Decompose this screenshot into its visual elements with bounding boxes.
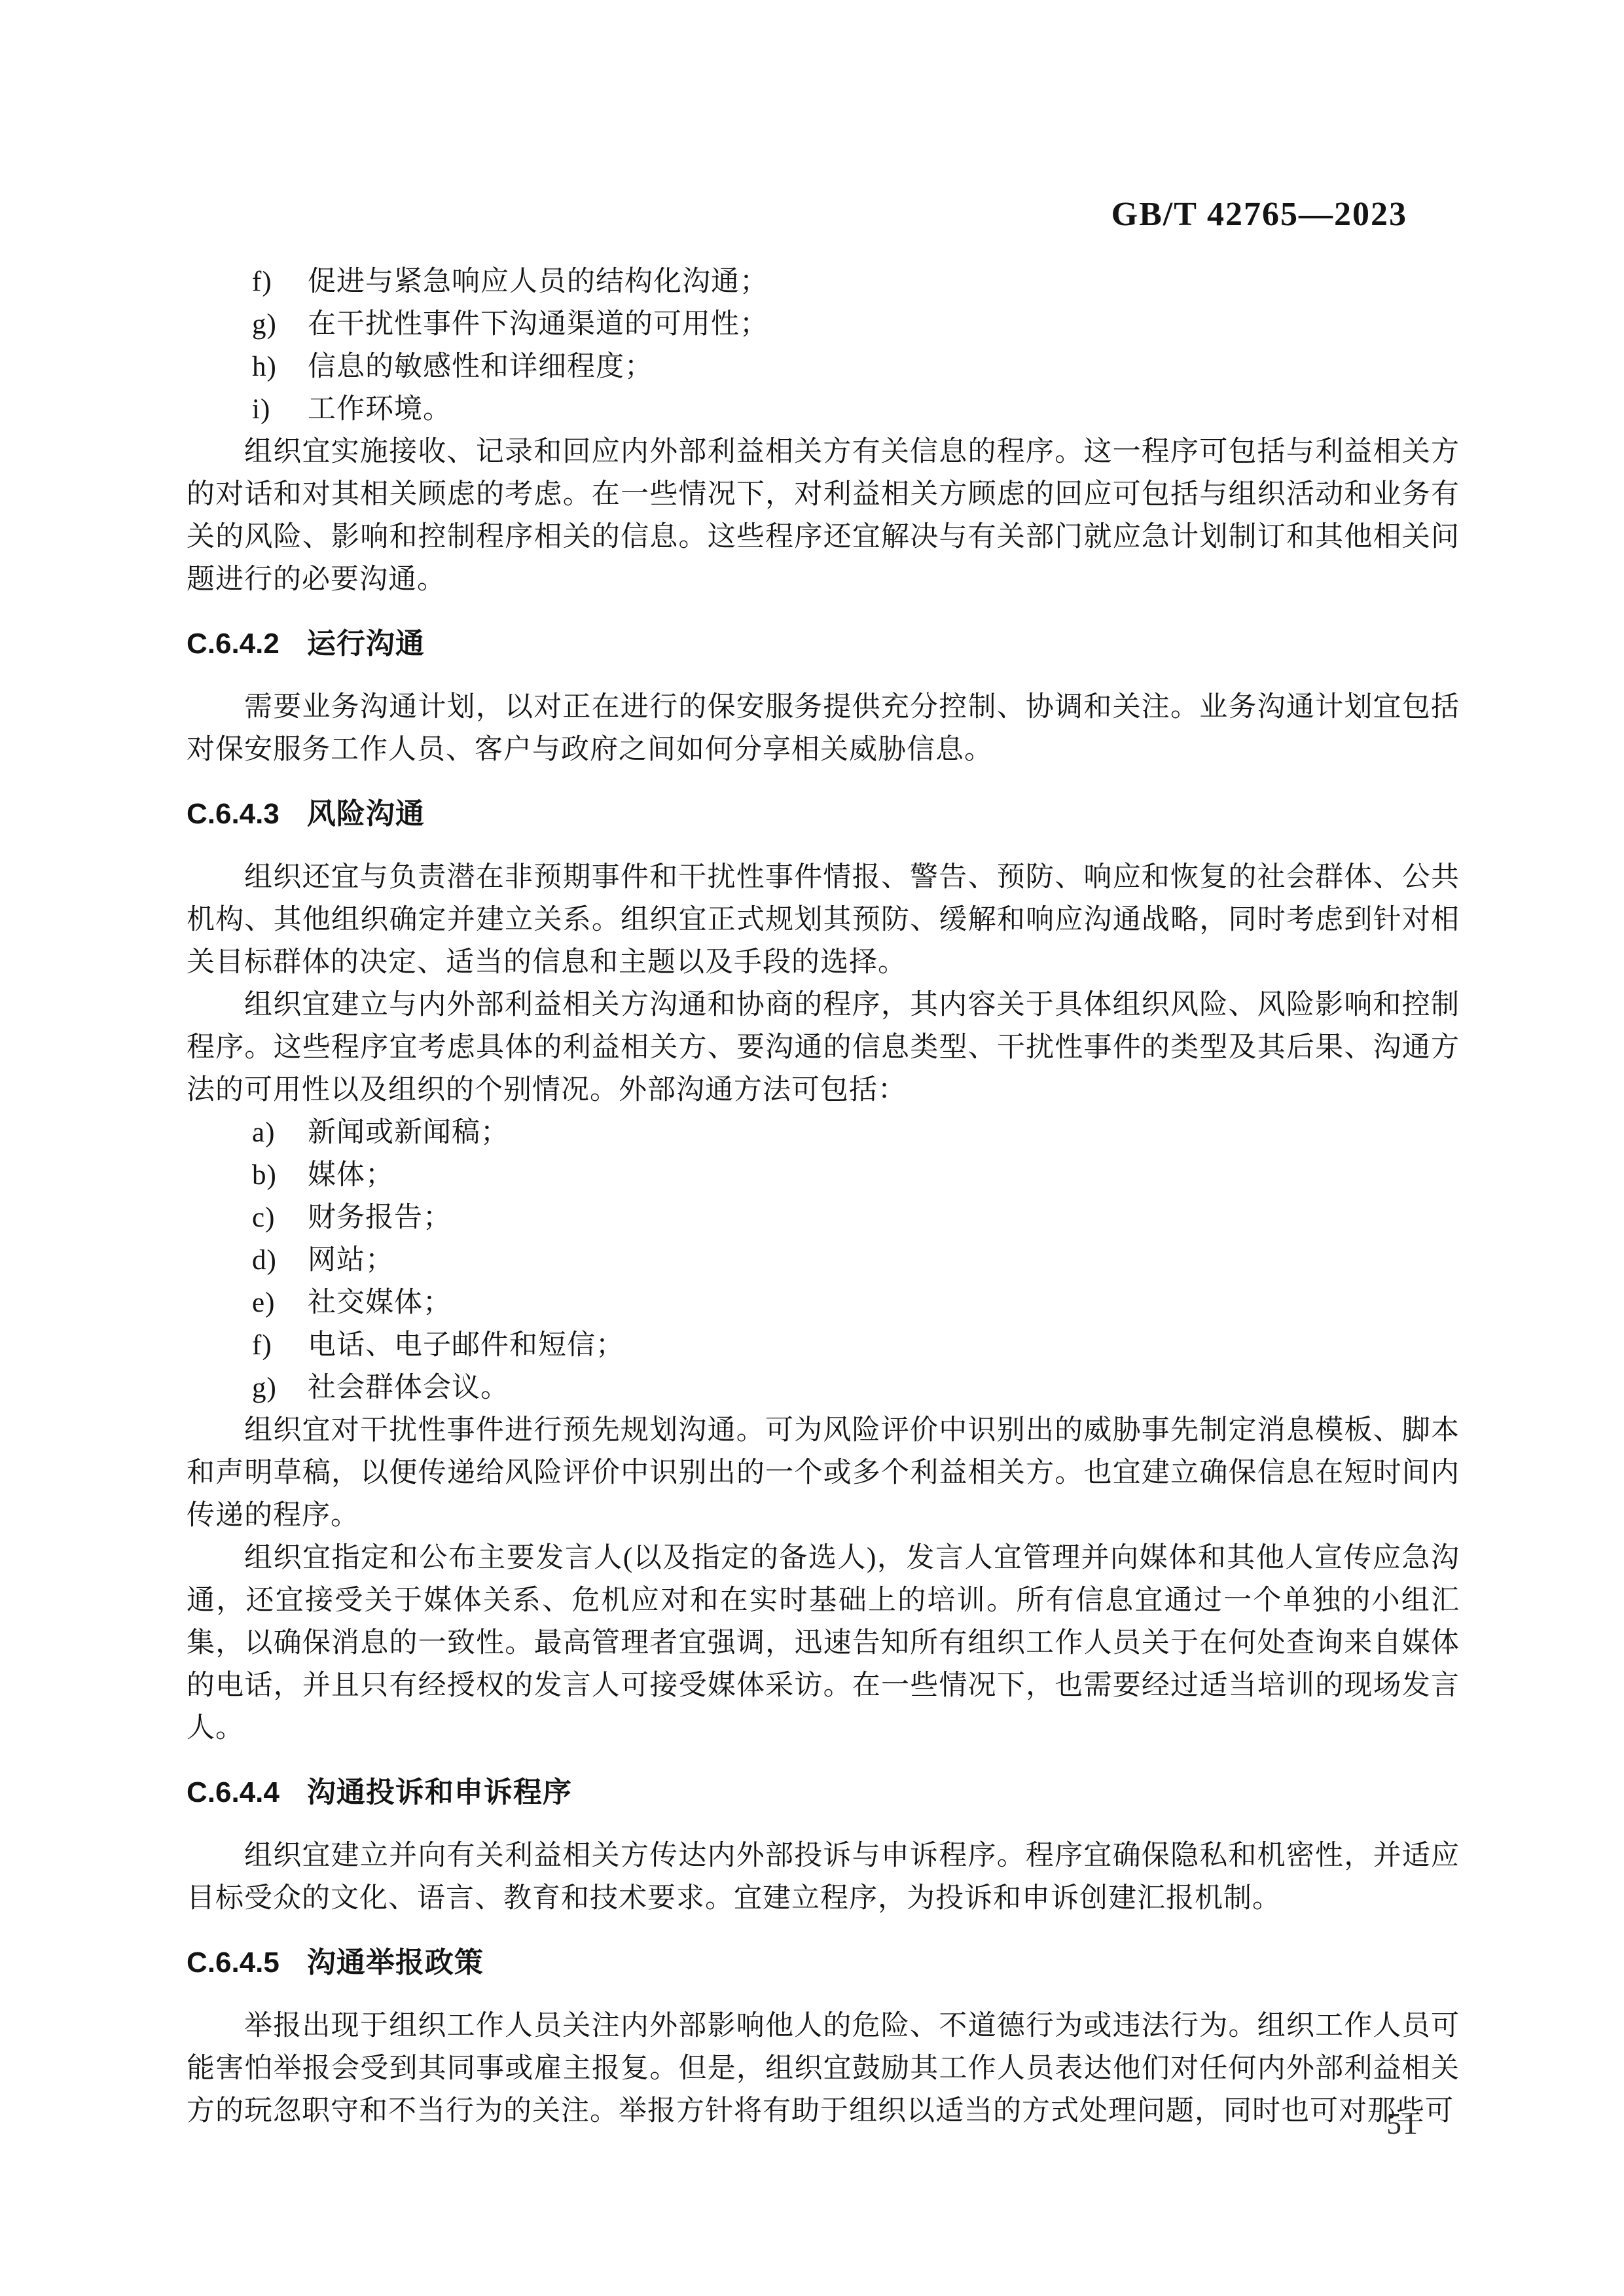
- list-item-label: d): [252, 1239, 308, 1282]
- list-item-label: g): [252, 1367, 308, 1409]
- list-item: g)社会群体会议。: [187, 1367, 1460, 1409]
- paragraph-preplanned-communication: 组织宜对干扰性事件进行预先规划沟通。可为风险评价中识别出的威胁事先制定消息模板、…: [187, 1409, 1460, 1537]
- list-item-label: b): [252, 1154, 308, 1196]
- paragraph-complaint-grievance: 组织宜建立并向有关利益相关方传达内外部投诉与申诉程序。程序宜确保隐私和机密性，并…: [187, 1835, 1460, 1920]
- list-item: g)在干扰性事件下沟通渠道的可用性；: [187, 303, 1460, 346]
- section-number: C.6.4.5: [187, 1946, 280, 1979]
- list-item-label: h): [252, 346, 308, 388]
- list-item-text: 新闻或新闻稿；: [308, 1117, 509, 1148]
- paragraph-spokesperson: 组织宜指定和公布主要发言人(以及指定的备选人)，发言人宜管理并向媒体和其他人宣传…: [187, 1537, 1460, 1749]
- list-item: c)财务报告；: [187, 1196, 1460, 1239]
- section-number: C.6.4.2: [187, 628, 280, 660]
- list-item: d)网站；: [187, 1239, 1460, 1282]
- list-item-text: 工作环境。: [308, 394, 452, 425]
- section-number: C.6.4.3: [187, 798, 280, 830]
- list-item-text: 促进与紧急响应人员的结构化沟通；: [308, 266, 768, 297]
- list-item: f)促进与紧急响应人员的结构化沟通；: [187, 260, 1460, 303]
- list-item-label: g): [252, 303, 308, 346]
- standard-number-header: GB/T 42765—2023: [1111, 195, 1407, 234]
- section-title: 运行沟通: [307, 628, 425, 660]
- list-item: b)媒体；: [187, 1154, 1460, 1196]
- list-item-text: 网站；: [308, 1245, 394, 1276]
- page-content: f)促进与紧急响应人员的结构化沟通； g)在干扰性事件下沟通渠道的可用性； h)…: [187, 260, 1460, 2132]
- list-item-label: i): [252, 388, 308, 431]
- list-item: h)信息的敏感性和详细程度；: [187, 346, 1460, 388]
- list-item-text: 社交媒体；: [308, 1287, 452, 1318]
- list-item-text: 社会群体会议。: [308, 1372, 509, 1403]
- alpha-list-fghi: f)促进与紧急响应人员的结构化沟通； g)在干扰性事件下沟通渠道的可用性； h)…: [187, 260, 1460, 431]
- list-item: i)工作环境。: [187, 388, 1460, 431]
- section-number: C.6.4.4: [187, 1776, 280, 1808]
- section-title: 沟通举报政策: [307, 1946, 484, 1979]
- section-heading-c643: C.6.4.3风险沟通: [187, 793, 1460, 835]
- paragraph-risk-communication-2: 组织宜建立与内外部利益相关方沟通和协商的程序，其内容关于具体组织风险、风险影响和…: [187, 984, 1460, 1111]
- paragraph-risk-communication-1: 组织还宜与负责潜在非预期事件和干扰性事件情报、警告、预防、响应和恢复的社会群体、…: [187, 856, 1460, 984]
- section-heading-c642: C.6.4.2运行沟通: [187, 622, 1460, 665]
- list-item-text: 电话、电子邮件和短信；: [308, 1330, 624, 1361]
- section-heading-c644: C.6.4.4沟通投诉和申诉程序: [187, 1771, 1460, 1814]
- paragraph-whistleblowing: 举报出现于组织工作人员关注内外部影响他人的危险、不道德行为或违法行为。组织工作人…: [187, 2005, 1460, 2132]
- list-item-text: 信息的敏感性和详细程度；: [308, 351, 653, 382]
- section-title: 风险沟通: [307, 798, 425, 830]
- list-item-label: a): [252, 1111, 308, 1154]
- list-item-label: f): [252, 1324, 308, 1367]
- list-item-label: f): [252, 260, 308, 303]
- list-item: e)社交媒体；: [187, 1282, 1460, 1324]
- list-item-text: 媒体；: [308, 1160, 394, 1191]
- list-item-label: c): [252, 1196, 308, 1239]
- list-item: f)电话、电子邮件和短信；: [187, 1324, 1460, 1367]
- page-number: 51: [1386, 2106, 1419, 2141]
- list-item-text: 在干扰性事件下沟通渠道的可用性；: [308, 309, 768, 340]
- list-item-text: 财务报告；: [308, 1202, 452, 1233]
- document-page: GB/T 42765—2023 f)促进与紧急响应人员的结构化沟通； g)在干扰…: [0, 0, 1624, 2296]
- list-item-label: e): [252, 1282, 308, 1324]
- paragraph-stakeholder-info-procedure: 组织宜实施接收、记录和回应内外部利益相关方有关信息的程序。这一程序可包括与利益相…: [187, 431, 1460, 601]
- paragraph-operational-communication: 需要业务沟通计划，以对正在进行的保安服务提供充分控制、协调和关注。业务沟通计划宜…: [187, 686, 1460, 771]
- section-heading-c645: C.6.4.5沟通举报政策: [187, 1941, 1460, 1984]
- list-item: a)新闻或新闻稿；: [187, 1111, 1460, 1154]
- section-title: 沟通投诉和申诉程序: [307, 1776, 572, 1808]
- alpha-list-external-methods: a)新闻或新闻稿； b)媒体； c)财务报告； d)网站； e)社交媒体； f)…: [187, 1111, 1460, 1409]
